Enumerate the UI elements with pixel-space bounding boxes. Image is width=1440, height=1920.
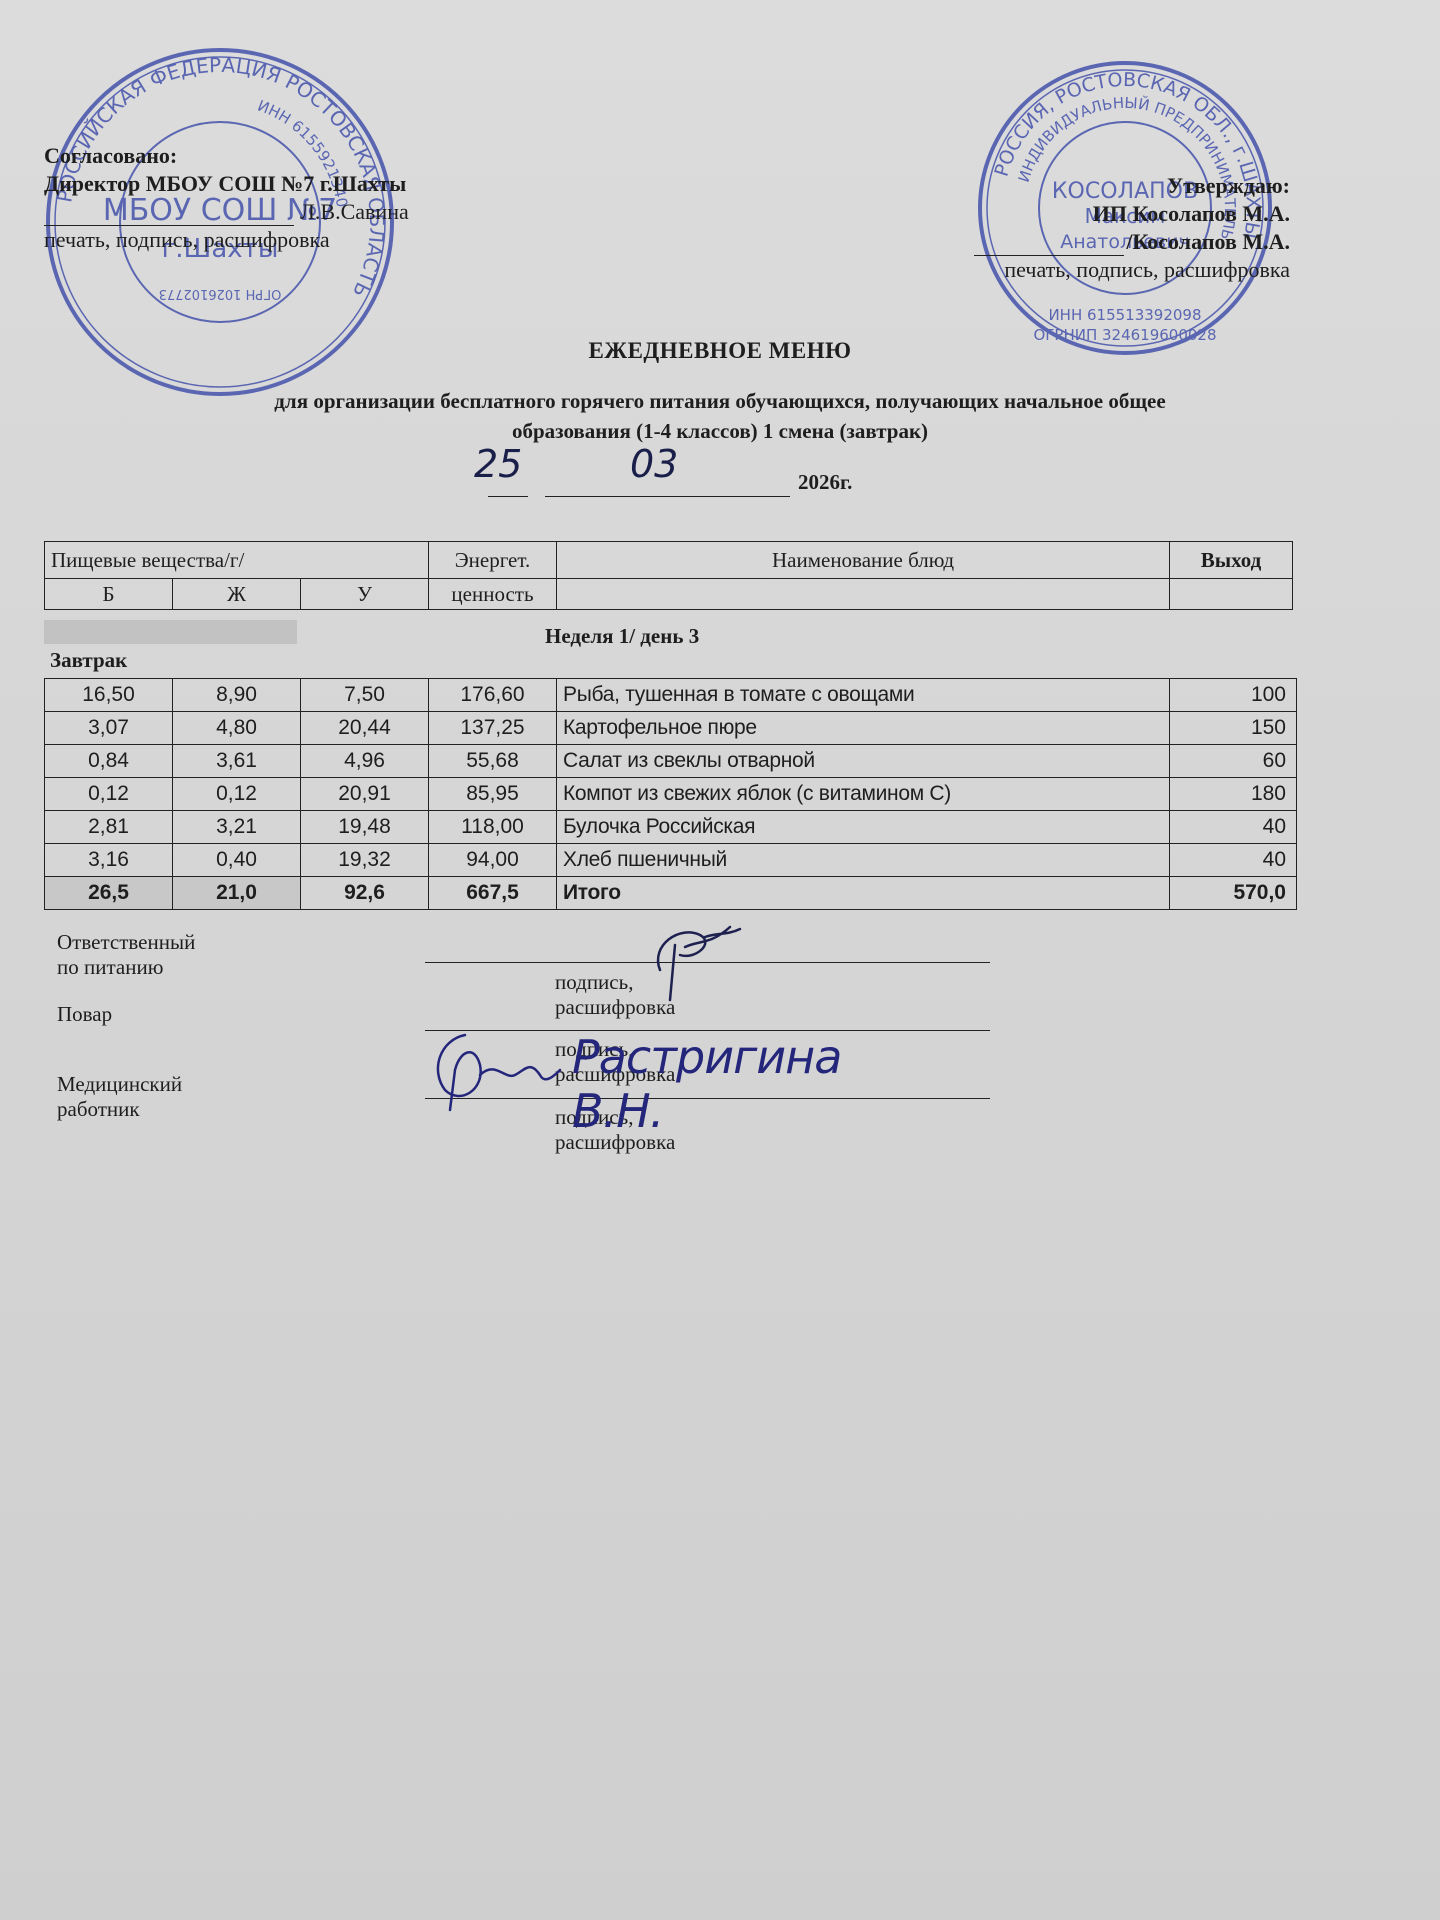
ip-stamp-inn: ИНН 615513392098 [1048,306,1201,324]
nutrients-header: Пищевые вещества/г/ [45,542,429,579]
protein-cell: 0,12 [45,778,173,811]
carbs-cell: 7,50 [301,679,429,712]
signature-line [44,203,294,226]
protein-cell: 16,50 [45,679,173,712]
carbs-cell: 19,48 [301,811,429,844]
dish-name-cell: Компот из свежих яблок (с витамином С) [557,778,1170,811]
fat-cell: 3,61 [173,745,301,778]
table-row: 0,120,1220,9185,95Компот из свежих яблок… [45,778,1297,811]
gray-redaction-block [44,620,297,644]
total-label: Итого [557,877,1170,910]
carbs-cell: 19,32 [301,844,429,877]
date-year: 2026г. [798,470,852,495]
approval-left-name: Л.В.Савина [300,199,409,224]
energy-cell: 55,68 [429,745,557,778]
dish-name-cell: Салат из свеклы отварной [557,745,1170,778]
week-day-label: Неделя 1/ день 3 [545,624,699,649]
empty-cell [557,579,1170,610]
dish-name-cell: Хлеб пшеничный [557,844,1170,877]
approval-right-label: Утверждаю: [1004,172,1290,200]
carbs-cell: 4,96 [301,745,429,778]
approval-left-label: Согласовано: [44,142,409,170]
total-carbs: 92,6 [301,877,429,910]
fat-cell: 0,12 [173,778,301,811]
approval-right-position: ИП Косолапов М.А. [1004,200,1290,228]
protein-cell: 0,84 [45,745,173,778]
table-row: 16,508,907,50176,60Рыба, тушенная в тома… [45,679,1297,712]
energy-header-bottom: ценность [429,579,557,610]
fat-header: Ж [173,579,301,610]
dish-name-cell: Рыба, тушенная в томате с овощами [557,679,1170,712]
total-fat: 21,0 [173,877,301,910]
approval-left-position: Директор МБОУ СОШ №7 г.Шахты [44,170,409,198]
meal-label: Завтрак [50,648,127,673]
table-row: 0,843,614,9655,68Салат из свеклы отварно… [45,745,1297,778]
table-row: 3,074,8020,44137,25Картофельное пюре150 [45,712,1297,745]
output-cell: 60 [1170,745,1297,778]
total-energy: 667,5 [429,877,557,910]
energy-cell: 137,25 [429,712,557,745]
fat-cell: 8,90 [173,679,301,712]
protein-cell: 3,07 [45,712,173,745]
subtitle-line-2: образования (1-4 классов) 1 смена (завтр… [0,416,1440,446]
dish-name-cell: Картофельное пюре [557,712,1170,745]
approval-left-caption: печать, подпись, расшифровка [44,226,409,254]
month-underline [545,496,790,497]
approval-left: Согласовано: Директор МБОУ СОШ №7 г.Шахт… [44,142,409,254]
document-title: ЕЖЕДНЕВНОЕ МЕНЮ [0,338,1440,364]
protein-cell: 3,16 [45,844,173,877]
fat-cell: 3,21 [173,811,301,844]
approval-right: Утверждаю: ИП Косолапов М.А. /Косолапов … [1004,172,1290,284]
energy-cell: 118,00 [429,811,557,844]
sig-role-nutrition: Ответственный по питанию [57,930,195,980]
output-cell: 40 [1170,811,1297,844]
menu-document: РОССИЙСКАЯ ФЕДЕРАЦИЯ РОСТОВСКАЯ ОБЛАСТЬ … [0,0,1440,1920]
output-cell: 100 [1170,679,1297,712]
empty-cell [1170,579,1293,610]
medical-signature-handwritten: Растригина В.Н. [572,1030,841,1138]
sig-role-medical: Медицинский работник [57,1072,182,1122]
table-row: 3,160,4019,3294,00Хлеб пшеничный40 [45,844,1297,877]
protein-cell: 2,81 [45,811,173,844]
approval-right-name: /Косолапов М.А. [1126,229,1290,254]
cook-signature-scribble [425,1020,565,1115]
total-protein: 26,5 [45,877,173,910]
nutrition-signature-scribble [640,915,750,1005]
sig-role-cook: Повар [57,1002,112,1027]
carbs-header: У [301,579,429,610]
total-output: 570,0 [1170,877,1297,910]
approval-right-caption: печать, подпись, расшифровка [1004,256,1290,284]
menu-table-header: Пищевые вещества/г/ Энергет. Наименовани… [44,541,1293,610]
menu-table: 16,508,907,50176,60Рыба, тушенная в тома… [44,678,1297,910]
fat-cell: 4,80 [173,712,301,745]
fat-cell: 0,40 [173,844,301,877]
output-header: Выход [1170,542,1293,579]
output-cell: 40 [1170,844,1297,877]
output-cell: 150 [1170,712,1297,745]
day-underline [488,496,528,497]
table-row: 2,813,2119,48118,00Булочка Российская40 [45,811,1297,844]
energy-cell: 176,60 [429,679,557,712]
date-day: 25 [474,442,522,486]
dish-name-cell: Булочка Российская [557,811,1170,844]
energy-header-top: Энергет. [429,542,557,579]
subtitle-line-1: для организации бесплатного горячего пит… [0,386,1440,416]
carbs-cell: 20,91 [301,778,429,811]
document-subtitle: для организации бесплатного горячего пит… [0,386,1440,446]
signature-line [974,233,1124,256]
total-row: 26,521,092,6667,5Итого570,0 [45,877,1297,910]
carbs-cell: 20,44 [301,712,429,745]
output-cell: 180 [1170,778,1297,811]
energy-cell: 94,00 [429,844,557,877]
energy-cell: 85,95 [429,778,557,811]
school-stamp-ogrn: ОГРН 1026102773 [159,286,282,301]
dish-name-header: Наименование блюд [557,542,1170,579]
protein-header: Б [45,579,173,610]
date-month: 03 [630,442,678,486]
